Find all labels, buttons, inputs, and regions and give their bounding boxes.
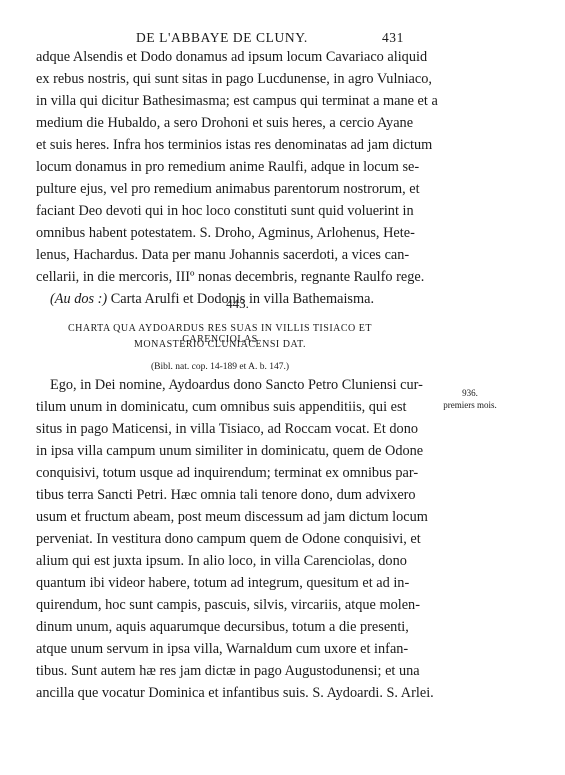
text-line: cellarii, in die mercoris, IIIº nonas de… <box>36 266 404 288</box>
book-page: DE L'ABBAYE DE CLUNY. 431 adque Alsendis… <box>0 0 565 775</box>
text-line: Ego, in Dei nomine, Aydoardus dono Sanct… <box>36 374 404 396</box>
text-line: quirendum, hoc sunt campis, pascuis, sil… <box>36 594 404 616</box>
text-line: tibus terra Sancti Petri. Hæc omnia tali… <box>36 484 404 506</box>
text-line: dinum unum, aquis aquarumque decursibus,… <box>36 616 404 638</box>
text-line: ex rebus nostris, qui sunt sitas in pago… <box>36 68 404 90</box>
margin-date-months: premiers mois. <box>410 400 530 410</box>
text-line: tibus. Sunt autem hæ res jam dictæ in pa… <box>36 660 404 682</box>
text-line: perveniat. In vestitura dono campum quem… <box>36 528 404 550</box>
charter-number: 443. <box>0 296 475 312</box>
charter-summary-line-2: MONASTERIO CLUNIACENSI DAT. <box>36 339 404 350</box>
text-line: alium qui est juxta ipsum. In alio loco,… <box>36 550 404 572</box>
text-line: omnibus habent potestatem. S. Droho, Agm… <box>36 222 404 244</box>
text-line: tilum unum in dominicatu, cum omnibus su… <box>36 396 404 418</box>
text-line: et suis heres. Infra hos terminios istas… <box>36 134 404 156</box>
text-line: quantum ibi videor habere, totum ad inte… <box>36 572 404 594</box>
running-head-title: DE L'ABBAYE DE CLUNY. <box>136 30 308 46</box>
margin-date-year: 936. <box>410 388 530 398</box>
previous-charter-text: adque Alsendis et Dodo donamus ad ipsum … <box>36 46 404 310</box>
running-head: DE L'ABBAYE DE CLUNY. 431 <box>36 30 404 46</box>
text-line: in ipsa villa campum unum similiter in d… <box>36 440 404 462</box>
text-line: atque unum servum in ipsa villa, Warnald… <box>36 638 404 660</box>
text-line: lenus, Hachardus. Data per manu Johannis… <box>36 244 404 266</box>
text-line: in villa qui dicitur Bathesimasma; est c… <box>36 90 404 112</box>
text-line: pulture ejus, vel pro remedium animabus … <box>36 178 404 200</box>
text-line: adque Alsendis et Dodo donamus ad ipsum … <box>36 46 404 68</box>
text-line: conquisivi, totum usque ad inquirendum; … <box>36 462 404 484</box>
text-line: situs in pago Maticensi, in villa Tisiac… <box>36 418 404 440</box>
text-line: medium die Hubaldo, a sero Drohoni et su… <box>36 112 404 134</box>
charter-text: Ego, in Dei nomine, Aydoardus dono Sanct… <box>36 374 404 704</box>
text-line: faciant Deo devoti qui in hoc loco const… <box>36 200 404 222</box>
page-number: 431 <box>382 30 404 46</box>
text-line: usum et fructum abeam, post meum discess… <box>36 506 404 528</box>
text-line: locum donamus in pro remedium anime Raul… <box>36 156 404 178</box>
charter-source: (Bibl. nat. cop. 14-189 et A. b. 147.) <box>36 362 404 372</box>
text-line: ancilla que vocatur Dominica et infantib… <box>36 682 404 704</box>
